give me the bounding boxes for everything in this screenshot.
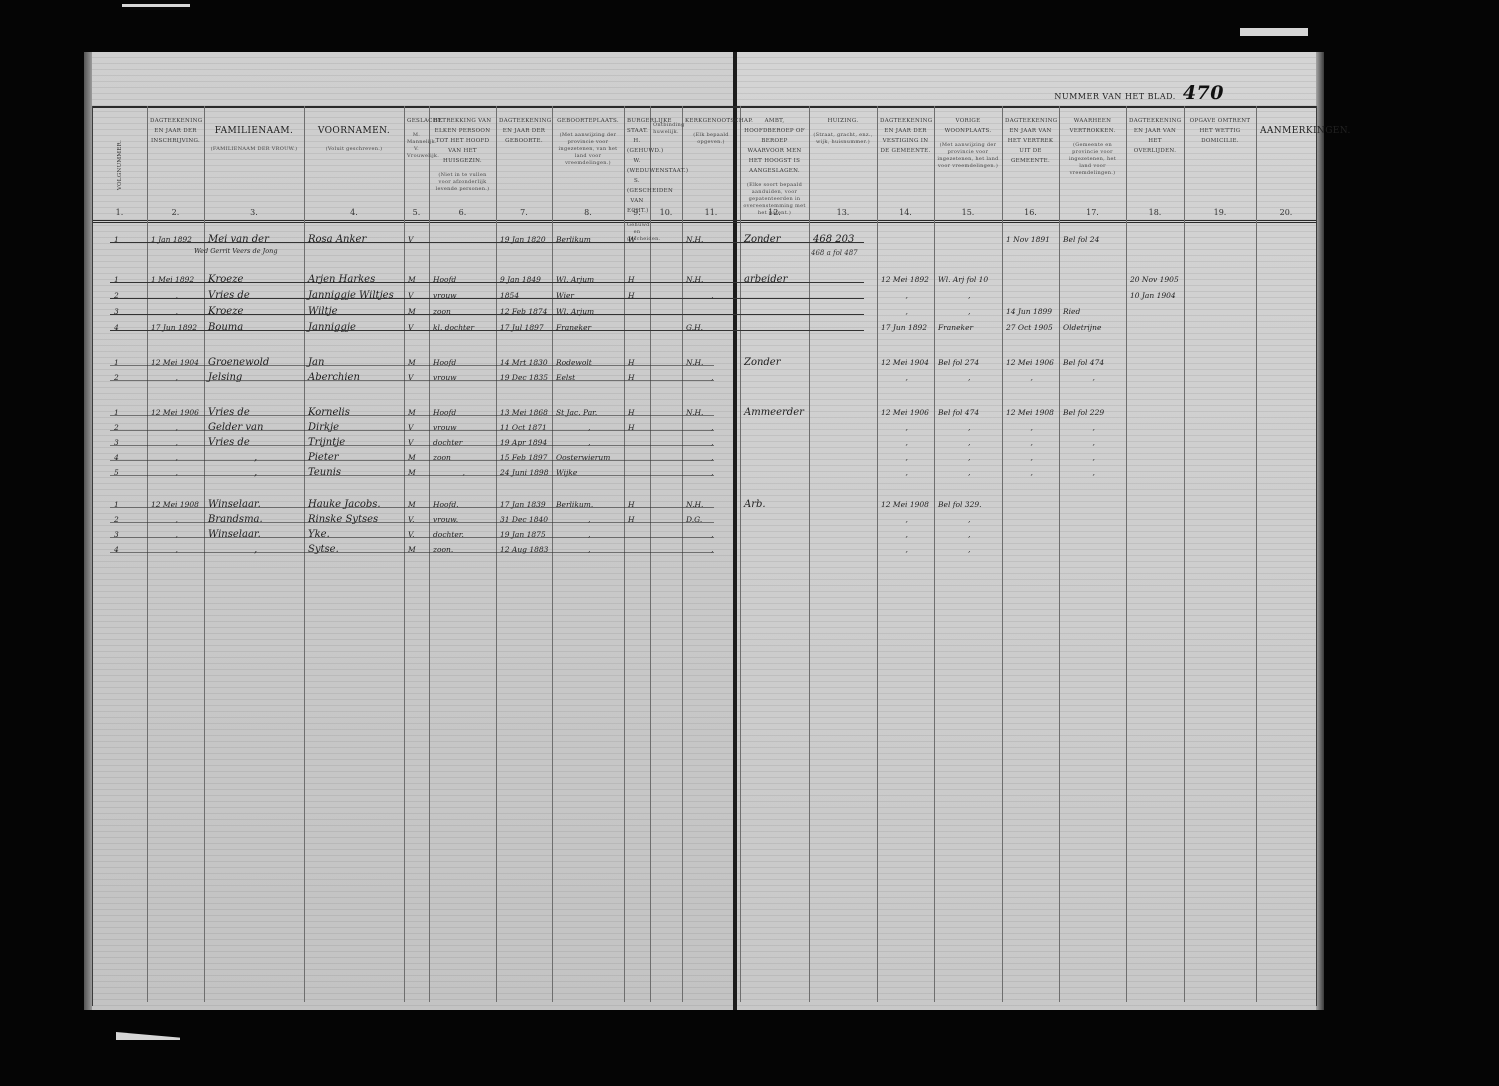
entry-given: Rinske Sytses bbox=[308, 514, 378, 526]
column-header-20: AANMERKINGEN. bbox=[1256, 110, 1316, 220]
entry-church: N.H. bbox=[686, 357, 703, 369]
entry-family: Vries de bbox=[208, 437, 250, 449]
entry-settle: 17 Jun 1892 bbox=[881, 322, 927, 334]
ditto-mark: ‚ bbox=[176, 437, 178, 449]
entry-nr: 3 bbox=[114, 529, 119, 541]
ditto-mark: ‚ bbox=[1093, 372, 1095, 384]
entry-civ: H bbox=[628, 514, 635, 526]
entry-settle: 12 Mei 1892 bbox=[881, 274, 929, 286]
column-number: 13. bbox=[809, 208, 877, 217]
column-subtitle: Ontbinding huwelijk. bbox=[650, 118, 682, 136]
entry-nr: 2 bbox=[114, 514, 119, 526]
ditto-mark: ‚ bbox=[1031, 372, 1033, 384]
entry-civ: H bbox=[628, 290, 635, 302]
column-header-8: GEBOORTEPLAATS.(Met aanwijzing der provi… bbox=[552, 110, 624, 220]
entry-rel: vrouw bbox=[433, 290, 457, 302]
ditto-mark: ‚ bbox=[711, 452, 713, 464]
column-title: FAMILIENAAM. bbox=[204, 110, 304, 142]
column-title: WAARHEEN VERTROKKEN. bbox=[1059, 110, 1126, 138]
column-header-3: FAMILIENAAM.(FAMILIENAAM DER VROUW.) bbox=[204, 110, 304, 220]
entry-given: Janniggje bbox=[308, 322, 356, 334]
entry-nr: 4 bbox=[114, 322, 119, 334]
entry-church: N.H. bbox=[686, 499, 703, 511]
strike-through-line bbox=[110, 522, 714, 523]
entry-sex: V. bbox=[408, 529, 415, 541]
column-header-11: KERKGENOOTSCHAP.(Elk bepaald opgeven.) bbox=[682, 110, 740, 220]
ditto-mark: ‚ bbox=[906, 514, 908, 526]
column-number: 16. bbox=[1002, 208, 1059, 217]
column-header-6: BETREKKING VAN ELKEN PERSOON TOT HET HOO… bbox=[429, 110, 496, 220]
entry-family: Groenewold bbox=[208, 357, 269, 369]
entry-birthplace: Berlikum. bbox=[556, 499, 593, 511]
entry-date: 1 Mei 1892 bbox=[151, 274, 194, 286]
entry-nr: 1 bbox=[114, 357, 119, 369]
entry-depart: 12 Mei 1908 bbox=[1006, 407, 1054, 419]
entry-birthplace: Franeker bbox=[556, 322, 591, 334]
column-title: DAGTEEKENING EN JAAR DER VESTIGING IN DE… bbox=[877, 110, 934, 158]
column-header-13: HUIZING.(Straat, gracht, enz., wijk, hui… bbox=[809, 110, 877, 220]
entry-settle: 12 Mei 1908 bbox=[881, 499, 929, 511]
entry-birth: 19 Jan 1820 bbox=[500, 234, 546, 246]
strike-through-line bbox=[110, 365, 714, 366]
column-number: 15. bbox=[934, 208, 1002, 217]
column-divider bbox=[1316, 106, 1317, 1006]
column-subtitle: (FAMILIENAAM DER VROUW.) bbox=[204, 142, 304, 153]
entry-nr: 3 bbox=[114, 437, 119, 449]
entry-given: Jan bbox=[308, 357, 324, 369]
entry-date: 12 Mei 1906 bbox=[151, 407, 199, 419]
column-header-18: DAGTEEKENING EN JAAR VAN HET OVERLIJDEN. bbox=[1126, 110, 1184, 220]
column-divider bbox=[429, 106, 430, 1002]
column-header-7: DAGTEEKENING EN JAAR DER GEBOORTE. bbox=[496, 110, 552, 220]
entry-civ: H bbox=[628, 372, 635, 384]
entry-family: Kroeze bbox=[208, 274, 243, 286]
column-title: DAGTEEKENING EN JAAR DER GEBOORTE. bbox=[496, 110, 552, 148]
entry-sex: M bbox=[408, 467, 416, 479]
entry-birth: 31 Dec 1840 bbox=[500, 514, 548, 526]
header-bottom-rule-2 bbox=[92, 222, 1316, 223]
ditto-mark: ‚ bbox=[1031, 452, 1033, 464]
left-page-edge bbox=[84, 52, 92, 1010]
entry-sex: M bbox=[408, 357, 416, 369]
column-subtitle: (Straat, gracht, enz., wijk, huisnummer.… bbox=[809, 128, 877, 146]
column-header-15: VORIGE WOONPLAATS.(Met aanwijzing der pr… bbox=[934, 110, 1002, 220]
entry-birth: 19 Apr 1894 bbox=[500, 437, 547, 449]
entry-birthplace: Wl. Arjum bbox=[556, 306, 594, 318]
entry-family: Jelsing bbox=[208, 372, 242, 384]
entry-family: Brandsma. bbox=[208, 514, 263, 526]
entry-family: Winselaar. bbox=[208, 529, 261, 541]
entry-birthplace: St Jac. Par. bbox=[556, 407, 597, 419]
entry-family: Kroeze bbox=[208, 306, 243, 318]
column-title: KERKGENOOTSCHAP. bbox=[682, 110, 740, 128]
entry-birth: 17 Jan 1839 bbox=[500, 499, 546, 511]
column-header-10: Ontbinding huwelijk. bbox=[650, 110, 682, 220]
ditto-mark: ‚ bbox=[906, 306, 908, 318]
column-number: 14. bbox=[877, 208, 934, 217]
entry-birthplace: Eelst bbox=[556, 372, 575, 384]
entry-sex: V bbox=[408, 372, 413, 384]
ditto-mark: ‚ bbox=[968, 529, 970, 541]
entry-nr: 2 bbox=[114, 372, 119, 384]
ditto-mark: ‚ bbox=[463, 467, 465, 479]
entry-depart: 14 Jun 1899 bbox=[1006, 306, 1052, 318]
entry-given: Yke. bbox=[308, 529, 330, 541]
sheet-number: 470 bbox=[1183, 82, 1224, 104]
column-divider bbox=[1184, 106, 1185, 1002]
column-number: 6. bbox=[429, 208, 496, 217]
entry-birthplace: Berlikum bbox=[556, 234, 591, 246]
entry-birthplace: Wl. Arjum bbox=[556, 274, 594, 286]
column-title: OPGAVE OMTRENT HET WETTIG DOMICILIE. bbox=[1184, 110, 1256, 148]
entry-birth: 12 Feb 1874 bbox=[500, 306, 547, 318]
sheet-number-label: NUMMER VAN HET BLAD. 470 bbox=[1054, 82, 1224, 104]
scan-marker-bottom bbox=[116, 1032, 180, 1040]
ditto-mark: ‚ bbox=[968, 514, 970, 526]
entry-house: 468 203 bbox=[813, 234, 854, 246]
ditto-mark: ‚ bbox=[176, 452, 178, 464]
entry-depart: 12 Mei 1906 bbox=[1006, 357, 1054, 369]
entry-sex: M bbox=[408, 274, 416, 286]
column-divider bbox=[204, 106, 205, 1002]
column-header-19: OPGAVE OMTRENT HET WETTIG DOMICILIE. bbox=[1184, 110, 1256, 220]
sheet-label-text: NUMMER VAN HET BLAD. bbox=[1054, 92, 1175, 101]
entry-birthplace: Oosterwierum bbox=[556, 452, 610, 464]
entry-birth: 15 Feb 1897 bbox=[500, 452, 547, 464]
column-header-16: DAGTEEKENING EN JAAR VAN HET VERTREK UIT… bbox=[1002, 110, 1059, 220]
column-title: BETREKKING VAN ELKEN PERSOON TOT HET HOO… bbox=[429, 110, 496, 168]
ditto-mark: ‚ bbox=[906, 452, 908, 464]
entry-nr: 2 bbox=[114, 422, 119, 434]
entry-rel: Hoofd. bbox=[433, 499, 459, 511]
entry-rel: kl. dochter bbox=[433, 322, 474, 334]
column-divider bbox=[1256, 106, 1257, 1002]
ditto-mark: ‚ bbox=[906, 437, 908, 449]
entry-given: Pieter bbox=[308, 452, 339, 464]
column-number: 2. bbox=[147, 208, 204, 217]
ditto-mark: ‚ bbox=[176, 514, 178, 526]
column-title: GESLACHT. bbox=[404, 110, 429, 128]
entry-rel: vrouw bbox=[433, 422, 457, 434]
column-title: DAGTEEKENING EN JAAR VAN HET VERTREK UIT… bbox=[1002, 110, 1059, 168]
entry-birth: 9 Jan 1849 bbox=[500, 274, 541, 286]
entry-settle: 12 Mei 1906 bbox=[881, 407, 929, 419]
ditto-mark: ‚ bbox=[711, 467, 713, 479]
column-title bbox=[650, 110, 682, 118]
entry-civ: H bbox=[628, 407, 635, 419]
entry-birthplace: Rodewolt bbox=[556, 357, 592, 369]
column-header-12: AMBT, HOOFDBEROEP OF BEROEP WAARVOOR MEN… bbox=[740, 110, 809, 220]
column-subtitle: (Gemeente en provincie voor ingezetenen,… bbox=[1059, 138, 1126, 177]
entry-rel: Hoofd bbox=[433, 274, 456, 286]
strike-through-line bbox=[110, 330, 864, 331]
ditto-mark: ‚ bbox=[176, 529, 178, 541]
column-divider bbox=[934, 106, 935, 1002]
entry-given: Hauke Jacobs. bbox=[308, 499, 381, 511]
column-divider bbox=[552, 106, 553, 1002]
ditto-mark: ‚ bbox=[906, 467, 908, 479]
strike-through-line bbox=[110, 552, 714, 553]
entry-given: Arjen Harkes bbox=[308, 274, 375, 286]
entry-sex: V. bbox=[408, 514, 415, 526]
ditto-mark: ‚ bbox=[254, 467, 257, 479]
ditto-mark: ‚ bbox=[711, 544, 713, 556]
entry-civ: H bbox=[628, 357, 635, 369]
entry-birth: 24 Juni 1898 bbox=[500, 467, 548, 479]
ditto-mark: ‚ bbox=[1093, 437, 1095, 449]
entry-rel: dochter bbox=[433, 437, 462, 449]
entry-nr: 1 bbox=[114, 274, 119, 286]
ditto-mark: ‚ bbox=[1031, 467, 1033, 479]
ditto-mark: ‚ bbox=[968, 437, 970, 449]
column-number: 12. bbox=[740, 208, 809, 217]
entry-rel: zoon bbox=[433, 306, 451, 318]
ditto-mark: ‚ bbox=[1093, 452, 1095, 464]
entry-nr: 2 bbox=[114, 290, 119, 302]
entry-family: Gelder van bbox=[208, 422, 263, 434]
entry-sex: M bbox=[408, 452, 416, 464]
entry-church: N.H. bbox=[686, 274, 703, 286]
entry-church: D.G. bbox=[686, 514, 702, 526]
entry-given: Janniggje Wiltjes bbox=[308, 290, 394, 302]
column-divider bbox=[1059, 106, 1060, 1002]
entry-family: Vries de bbox=[208, 290, 250, 302]
ditto-mark: ‚ bbox=[711, 437, 713, 449]
scan-marker-top-right bbox=[1240, 28, 1308, 36]
column-header-9: BURGERLIJKE STAAT. H. (GEHUWD.) W. (WEDU… bbox=[624, 110, 650, 220]
column-number: 11. bbox=[682, 208, 740, 217]
entry-rel: vrouw. bbox=[433, 514, 458, 526]
column-title: DAGTEEKENING EN JAAR DER INSCHRIJVING. bbox=[147, 110, 204, 148]
column-number: 3. bbox=[204, 208, 304, 217]
entry-settle: 12 Mei 1904 bbox=[881, 357, 929, 369]
ditto-mark: ‚ bbox=[176, 467, 178, 479]
entry-birth: 13 Mei 1868 bbox=[500, 407, 548, 419]
entry-prev: Wl. Arj fol 10 bbox=[938, 274, 988, 286]
ditto-mark: ‚ bbox=[176, 306, 178, 318]
column-title: VOORNAMEN. bbox=[304, 110, 404, 142]
entry-prev: Bel fol 274 bbox=[938, 357, 979, 369]
entry-civ: W bbox=[628, 234, 636, 246]
entry-birth: 1854 bbox=[500, 290, 519, 302]
header-top-rule bbox=[92, 106, 1316, 108]
ditto-mark: ‚ bbox=[906, 544, 908, 556]
column-number: 10. bbox=[650, 208, 682, 217]
column-number: 7. bbox=[496, 208, 552, 217]
entry-church: N.H. bbox=[686, 234, 703, 246]
strike-through-line bbox=[110, 460, 714, 461]
ditto-mark: ‚ bbox=[711, 529, 713, 541]
ditto-mark: ‚ bbox=[588, 529, 590, 541]
column-header-1: VOLGNUMMER. bbox=[92, 110, 147, 220]
column-title: BURGERLIJKE STAAT. H. (GEHUWD.) W. (WEDU… bbox=[624, 110, 650, 218]
ditto-mark: ‚ bbox=[1031, 422, 1033, 434]
entry-rel: zoon. bbox=[433, 544, 453, 556]
ditto-mark: ‚ bbox=[968, 467, 970, 479]
column-subtitle: (Voluit geschreven.) bbox=[304, 142, 404, 153]
ditto-mark: ‚ bbox=[588, 422, 590, 434]
entry-date: 1 Jan 1892 bbox=[151, 234, 192, 246]
column-header-17: WAARHEEN VERTROKKEN.(Gemeente en provinc… bbox=[1059, 110, 1126, 220]
entry-sex: M bbox=[408, 407, 416, 419]
entry-death: 20 Nov 1905 bbox=[1130, 274, 1179, 286]
column-title: VOLGNUMMER. bbox=[115, 140, 125, 190]
right-page-edge bbox=[1316, 52, 1324, 1010]
entry-nr: 1 bbox=[114, 499, 119, 511]
column-subtitle: (Niet in te vullen voor afzonderlijk lev… bbox=[429, 168, 496, 193]
ditto-mark: ‚ bbox=[906, 529, 908, 541]
ditto-mark: ‚ bbox=[588, 514, 590, 526]
column-divider bbox=[740, 106, 741, 1002]
ditto-mark: ‚ bbox=[906, 372, 908, 384]
entry-occ: Ammeerder bbox=[744, 407, 804, 419]
entry-birthplace: Wier bbox=[556, 290, 574, 302]
entry-sex: V bbox=[408, 437, 413, 449]
entry-nr: 1 bbox=[114, 234, 119, 246]
strike-through-line bbox=[110, 445, 714, 446]
entry-civ: H bbox=[628, 499, 635, 511]
ditto-mark: ‚ bbox=[968, 422, 970, 434]
entry-family: Winselaar. bbox=[208, 499, 261, 511]
entry-sex: M bbox=[408, 306, 416, 318]
column-divider bbox=[92, 106, 93, 1006]
entry-birth: 12 Aug 1883 bbox=[500, 544, 548, 556]
scan-marker-top bbox=[122, 4, 190, 7]
strike-through-line bbox=[110, 314, 864, 315]
ditto-mark: ‚ bbox=[254, 452, 257, 464]
entry-given: Kornelis bbox=[308, 407, 350, 419]
column-title: DAGTEEKENING EN JAAR VAN HET OVERLIJDEN. bbox=[1126, 110, 1184, 158]
entry-nr: 1 bbox=[114, 407, 119, 419]
entry-depart: 1 Nov 1891 bbox=[1006, 234, 1050, 246]
ditto-mark: ‚ bbox=[588, 437, 590, 449]
column-header-14: DAGTEEKENING EN JAAR DER VESTIGING IN DE… bbox=[877, 110, 934, 220]
entry-church: N.H. bbox=[686, 407, 703, 419]
entry-civ: H bbox=[628, 274, 635, 286]
ditto-mark: ‚ bbox=[968, 290, 970, 302]
column-title: GEBOORTEPLAATS. bbox=[552, 110, 624, 128]
strike-through-line bbox=[110, 537, 714, 538]
strike-through-line bbox=[110, 475, 714, 476]
entry-date: 12 Mei 1904 bbox=[151, 357, 199, 369]
column-number: 8. bbox=[552, 208, 624, 217]
entry-dest: Bel fol 474 bbox=[1063, 357, 1104, 369]
column-subtitle: (Met aanwijzing der provincie voor ingez… bbox=[934, 138, 1002, 170]
column-divider bbox=[682, 106, 683, 1002]
entry-rel: vrouw bbox=[433, 372, 457, 384]
entry-family: Vries de bbox=[208, 407, 250, 419]
ditto-mark: ‚ bbox=[1093, 467, 1095, 479]
column-number: 4. bbox=[304, 208, 404, 217]
column-title: AANMERKINGEN. bbox=[1256, 110, 1316, 142]
entry-depart: 27 Oct 1905 bbox=[1006, 322, 1053, 334]
entry-occ: arbeider bbox=[744, 274, 787, 286]
column-number: 5. bbox=[404, 208, 429, 217]
strike-through-line bbox=[110, 507, 714, 508]
entry-nr: 5 bbox=[114, 467, 119, 479]
entry-given: Teunis bbox=[308, 467, 341, 479]
entry-occ: Zonder bbox=[744, 357, 781, 369]
entry-civ: H bbox=[628, 422, 635, 434]
entry-dest: Oldetrijne bbox=[1063, 322, 1101, 334]
column-divider bbox=[496, 106, 497, 1002]
column-title: VORIGE WOONPLAATS. bbox=[934, 110, 1002, 138]
entry-birth: 19 Jan 1875 bbox=[500, 529, 546, 541]
entry-birth: 19 Dec 1835 bbox=[500, 372, 548, 384]
entry-birth: 17 Jul 1897 bbox=[500, 322, 544, 334]
entry-given: Rosa Anker bbox=[308, 234, 366, 246]
strike-through-line bbox=[110, 282, 864, 283]
column-number: 19. bbox=[1184, 208, 1256, 217]
entry-sex: V bbox=[408, 322, 413, 334]
entry-dest: Ried bbox=[1063, 306, 1080, 318]
entry-occ: Zonder bbox=[744, 234, 781, 246]
strike-through-line bbox=[110, 298, 864, 299]
column-number: 1. bbox=[92, 208, 147, 217]
column-title: HUIZING. bbox=[809, 110, 877, 128]
ditto-mark: ‚ bbox=[588, 544, 590, 556]
strike-through-line bbox=[110, 415, 714, 416]
entry-given: Dirkje bbox=[308, 422, 339, 434]
column-divider bbox=[1002, 106, 1003, 1002]
strike-through-line bbox=[110, 430, 714, 431]
column-divider bbox=[304, 106, 305, 1002]
ditto-mark: ‚ bbox=[176, 422, 178, 434]
entry-prev: Bel fol 329. bbox=[938, 499, 982, 511]
ditto-mark: ‚ bbox=[711, 290, 713, 302]
ditto-mark: ‚ bbox=[968, 306, 970, 318]
entry-date: 12 Mei 1908 bbox=[151, 499, 199, 511]
entry-date: 17 Jun 1892 bbox=[151, 322, 197, 334]
ditto-mark: ‚ bbox=[711, 372, 713, 384]
column-title: AMBT, HOOFDBEROEP OF BEROEP WAARVOOR MEN… bbox=[740, 110, 809, 178]
entry-sex: V bbox=[408, 422, 413, 434]
ditto-mark: ‚ bbox=[254, 544, 257, 556]
entry-house-alt: 468 a fol 487 bbox=[811, 247, 858, 259]
column-header-5: GESLACHT.M. Mannelijk. V. Vrouwelijk. bbox=[404, 110, 429, 220]
entry-rel: Hoofd bbox=[433, 407, 456, 419]
entry-rel: zoon bbox=[433, 452, 451, 464]
entry-nr: 4 bbox=[114, 544, 119, 556]
column-header-4: VOORNAMEN.(Voluit geschreven.) bbox=[304, 110, 404, 220]
ditto-mark: ‚ bbox=[711, 422, 713, 434]
entry-rel: Hoofd bbox=[433, 357, 456, 369]
entry-given: Sytse. bbox=[308, 544, 339, 556]
entry-prev: Franeker bbox=[938, 322, 973, 334]
column-number: 9. bbox=[624, 208, 650, 217]
column-subtitle: M. Mannelijk. V. Vrouwelijk. bbox=[404, 128, 429, 160]
strike-through-line bbox=[110, 242, 864, 243]
entry-sex: M bbox=[408, 499, 416, 511]
ditto-mark: ‚ bbox=[906, 422, 908, 434]
register-book: NUMMER VAN HET BLAD. 470 VOLGNUMMER.1.DA… bbox=[84, 52, 1324, 1010]
entry-given: Aberchien bbox=[308, 372, 360, 384]
entry-birth: 11 Oct 1871 bbox=[500, 422, 547, 434]
column-header-2: DAGTEEKENING EN JAAR DER INSCHRIJVING. bbox=[147, 110, 204, 220]
entry-nr: 4 bbox=[114, 452, 119, 464]
entry-dest: Bel fol 229 bbox=[1063, 407, 1104, 419]
entry-church: G.H. bbox=[686, 322, 703, 334]
column-number: 17. bbox=[1059, 208, 1126, 217]
entry-death: 10 Jan 1904 bbox=[1130, 290, 1176, 302]
ditto-mark: ‚ bbox=[906, 290, 908, 302]
entry-sex: V bbox=[408, 234, 413, 246]
header-bottom-rule bbox=[92, 220, 1316, 221]
entry-dest: Bel fol 24 bbox=[1063, 234, 1099, 246]
column-divider bbox=[404, 106, 405, 1002]
ditto-mark: ‚ bbox=[968, 372, 970, 384]
column-number: 20. bbox=[1256, 208, 1316, 217]
